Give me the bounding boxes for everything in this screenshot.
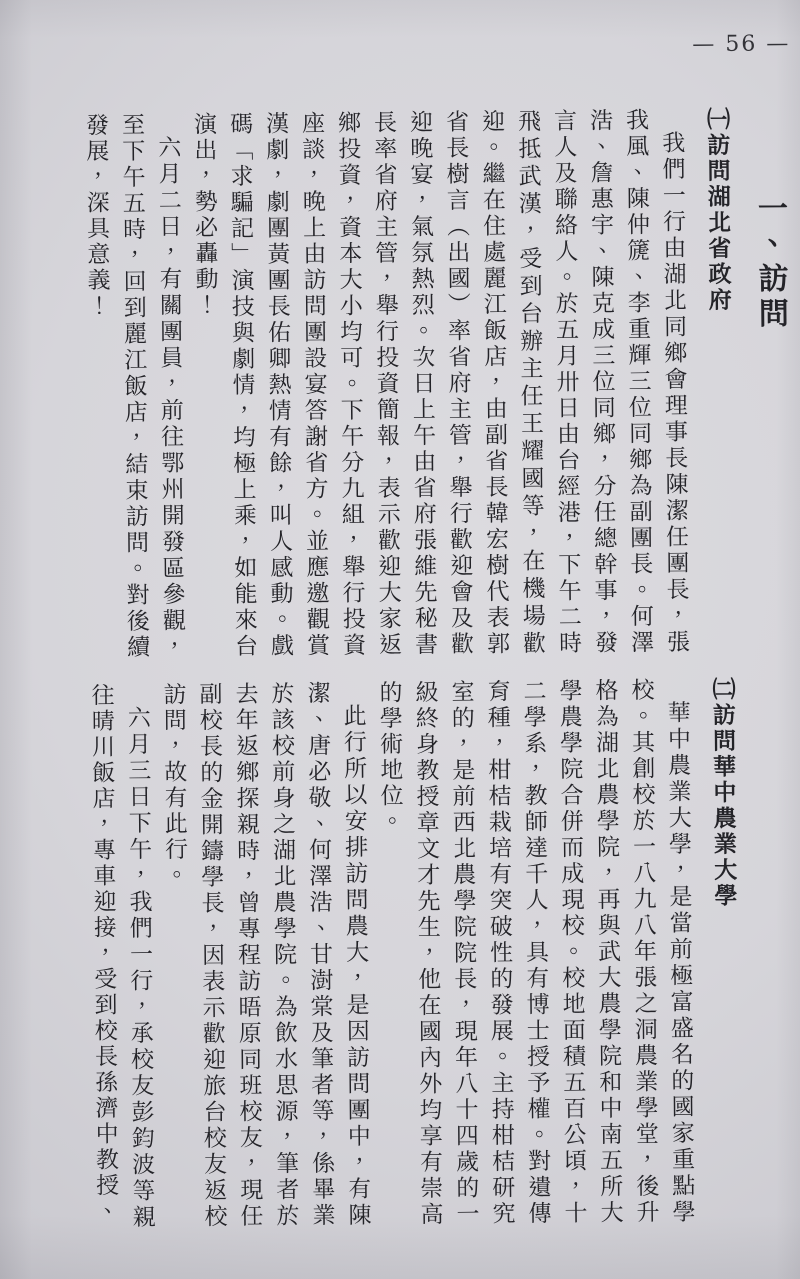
chapter-title: 一、訪問	[747, 106, 794, 654]
section-2-heading: ㈡訪問華中農業大學	[702, 677, 745, 1225]
section-visit-hubei: 一、訪問 ㈠訪問湖北省政府 我們一行由湖北同鄉會理事長陳潔任團長，張我風、陳仲篪…	[77, 106, 794, 661]
page-content: — 56 — 一、訪問 ㈠訪問湖北省政府 我們一行由湖北同鄉會理事長陳潔任團長，…	[0, 0, 800, 1279]
section-1-paragraph-2: 六月二日，有關團員，前往鄂州開發區參觀，至下午五時，回到麗江飯店，結束訪問。對後…	[77, 112, 190, 661]
page-number: — 56 —	[692, 31, 790, 57]
section-1-paragraph-1: 我們一行由湖北同鄉會理事長陳潔任團長，張我風、陳仲篪、李重輝三位同鄉為副團長。何…	[185, 107, 694, 660]
section-1-heading: ㈠訪問湖北省政府	[697, 107, 740, 655]
section-2-paragraph-3: 六月三日下午，我們一行，承校友彭鈞波等親往晴川飯店，專車迎接，受到校長孫濟中教授…	[82, 682, 159, 1231]
scanned-page: — 56 — 一、訪問 ㈠訪問湖北省政府 我們一行由湖北同鄉會理事長陳潔任團長，…	[0, 0, 800, 1279]
section-2-paragraph-1: 華中農業大學，是當前極富盛名的國家重點學校。其創校於一八九八年張之洞農業學堂，後…	[370, 677, 699, 1228]
section-2-paragraph-2: 此行所以安排訪問農大，是因訪問團中，有陳潔、唐必敬、何澤浩、甘澍棠及筆者等，係畢…	[154, 680, 375, 1230]
section-visit-huazhong-agri-univ: ㈡訪問華中農業大學 華中農業大學，是當前極富盛名的國家重點學校。其創校於一八九八…	[82, 677, 745, 1231]
